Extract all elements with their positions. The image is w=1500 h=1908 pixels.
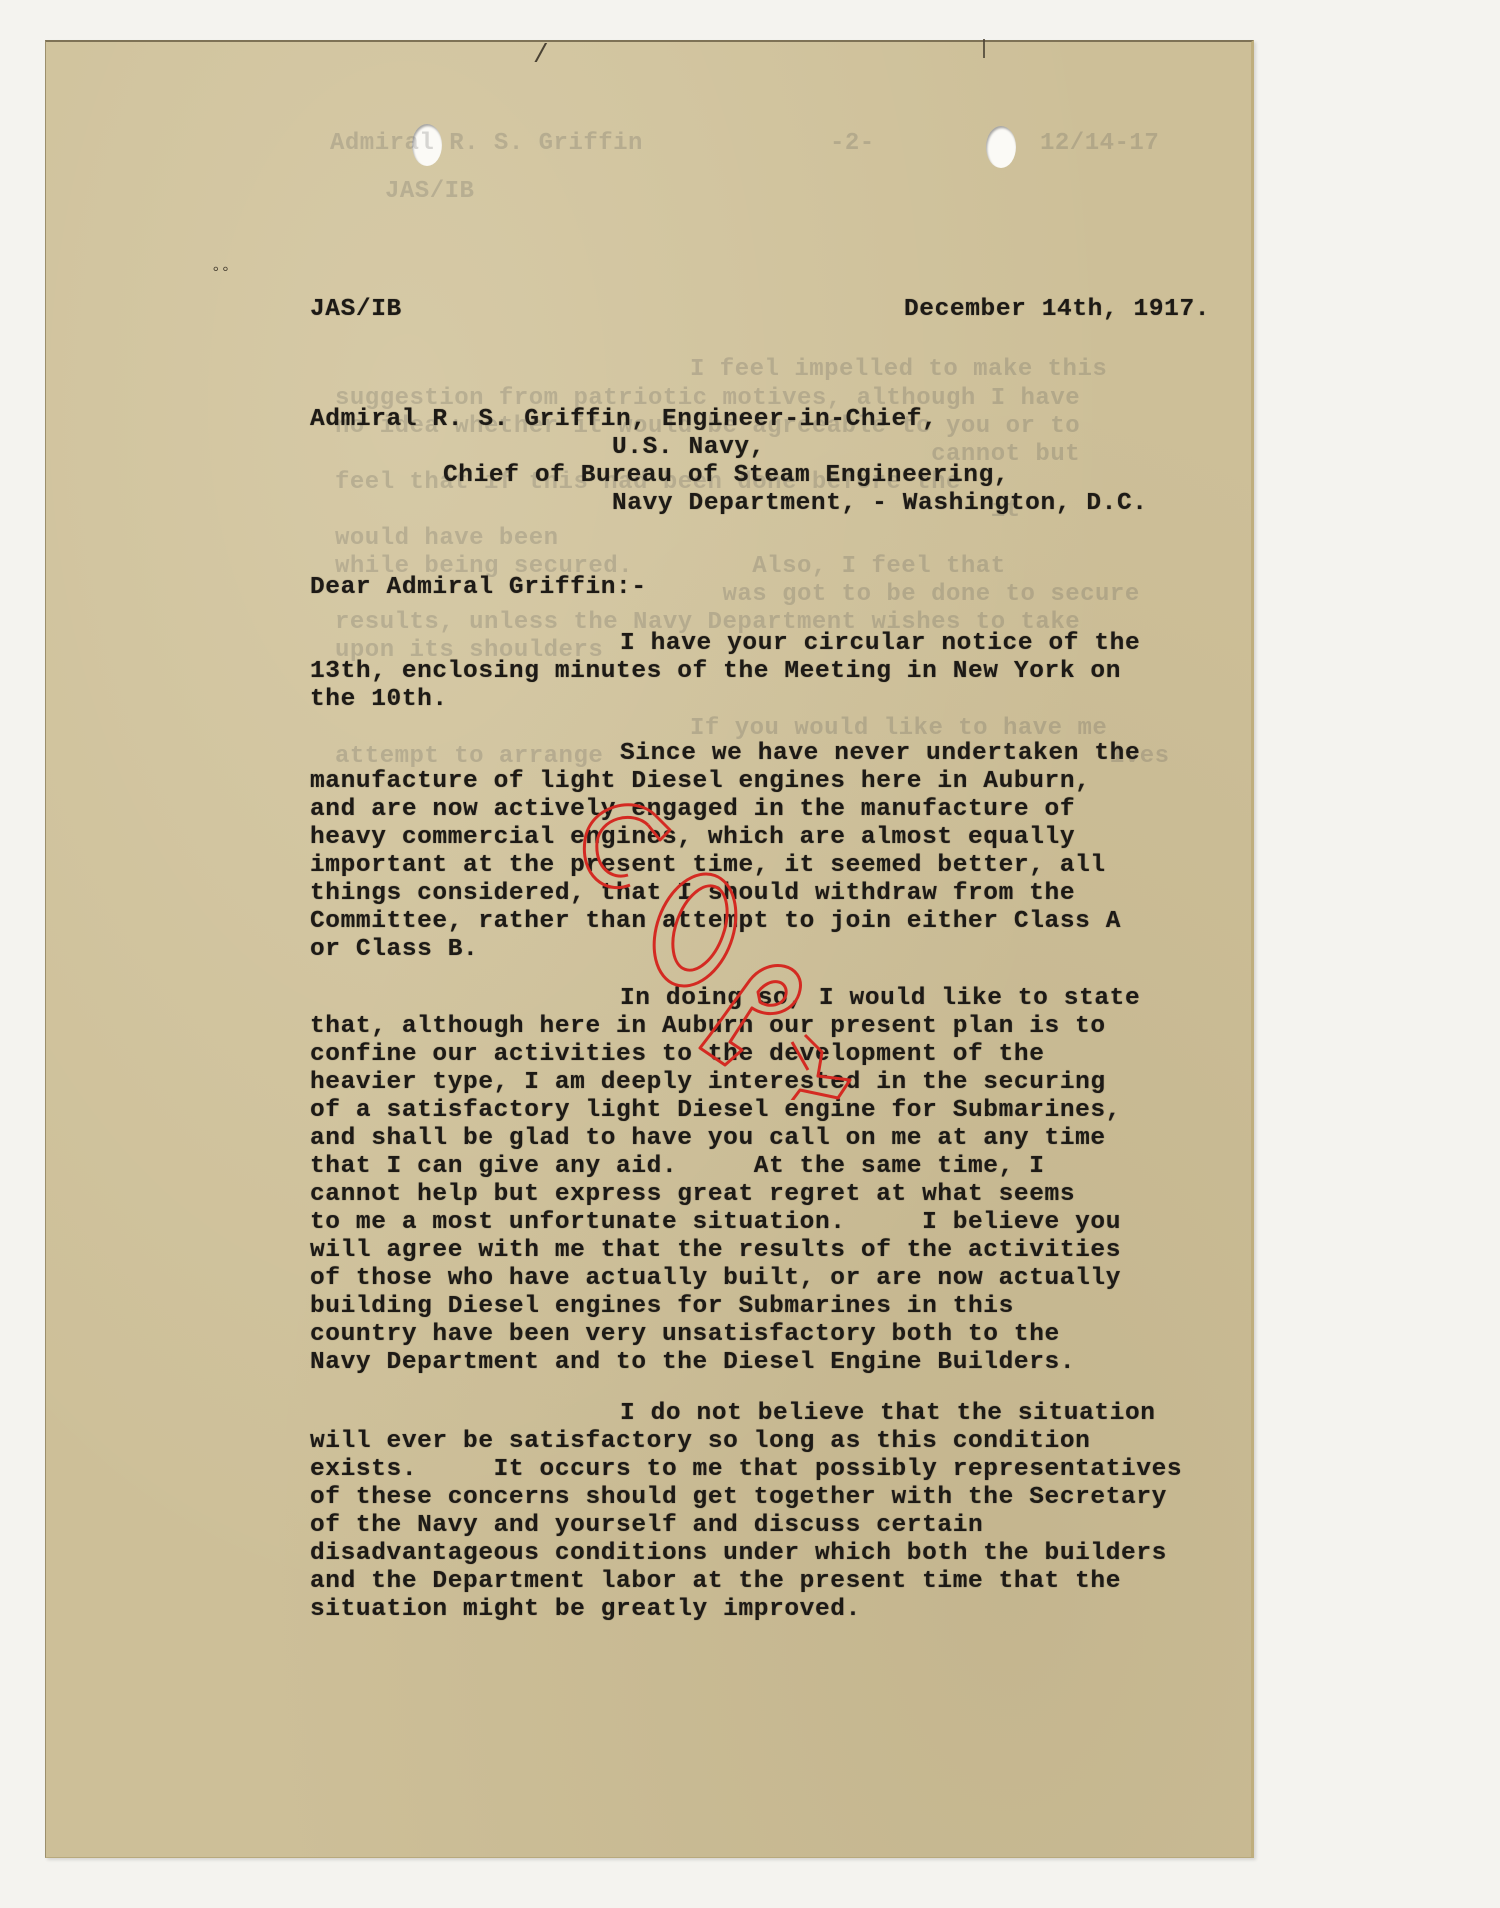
paragraph-line: the 10th. [310,686,1240,714]
paragraph-1: I have your circular notice of the 13th,… [310,630,1240,714]
address-line: U.S. Navy, [612,434,765,462]
paragraph-line: to me a most unfortunate situation. I be… [310,1209,1240,1237]
salutation: Dear Admiral Griffin:- [310,574,647,602]
paragraph-line: cannot help but express great regret at … [310,1181,1240,1209]
reference-initials: JAS/IB [310,296,402,324]
pencil-mark: / [533,40,549,70]
paragraph-line: I do not believe that the situation [310,1400,1240,1428]
paragraph-line: and shall be glad to have you call on me… [310,1125,1240,1153]
ghost-header-addressee: Admiral R. S. Griffin [330,130,643,157]
address-line: Navy Department, - Washington, D.C. [612,490,1148,518]
paragraph-line: will agree with me that the results of t… [310,1237,1240,1265]
pencil-mark: | [978,38,990,61]
ghost-line: I feel impelled to make this [690,356,1107,383]
paragraph-line: that I can give any aid. At the same tim… [310,1153,1240,1181]
paragraph-line: country have been very unsatisfactory bo… [310,1321,1240,1349]
address-line: Chief of Bureau of Steam Engineering, [443,462,1009,490]
paragraph-line: of a satisfactory light Diesel engine fo… [310,1097,1240,1125]
paragraph-line: 13th, enclosing minutes of the Meeting i… [310,658,1240,686]
ghost-header-initials: JAS/IB [385,178,474,205]
ghost-header-date: 12/14-17 [1040,130,1159,157]
paragraph-line: of the Navy and yourself and discuss cer… [310,1512,1240,1540]
paragraph-4: I do not believe that the situation will… [310,1400,1240,1624]
paragraph-line: situation might be greatly improved. [310,1596,1240,1624]
address-line: Admiral R. S. Griffin, Engineer-in-Chief… [310,406,937,434]
copy-stamp-icon [560,780,860,1100]
ghost-header-page: -2- [830,130,875,157]
letter-date: December 14th, 1917. [904,296,1210,324]
ghost-line: would have been [335,525,559,552]
paragraph-line: Navy Department and to the Diesel Engine… [310,1349,1240,1377]
paragraph-line: will ever be satisfactory so long as thi… [310,1428,1240,1456]
paragraph-line: building Diesel engines for Submarines i… [310,1293,1240,1321]
paragraph-line: of those who have actually built, or are… [310,1265,1240,1293]
paragraph-line: and the Department labor at the present … [310,1568,1240,1596]
copy-stamp [560,780,860,1100]
paragraph-line: Since we have never undertaken the [310,740,1240,768]
paragraph-line: of these concerns should get together wi… [310,1484,1240,1512]
ghost-line: If you would like to have me [690,715,1107,742]
paragraph-line: exists. It occurs to me that possibly re… [310,1456,1240,1484]
paragraph-line: disadvantageous conditions under which b… [310,1540,1240,1568]
paper-blemish: °° [211,264,230,282]
punch-hole-right [986,126,1016,168]
paragraph-line: I have your circular notice of the [310,630,1240,658]
